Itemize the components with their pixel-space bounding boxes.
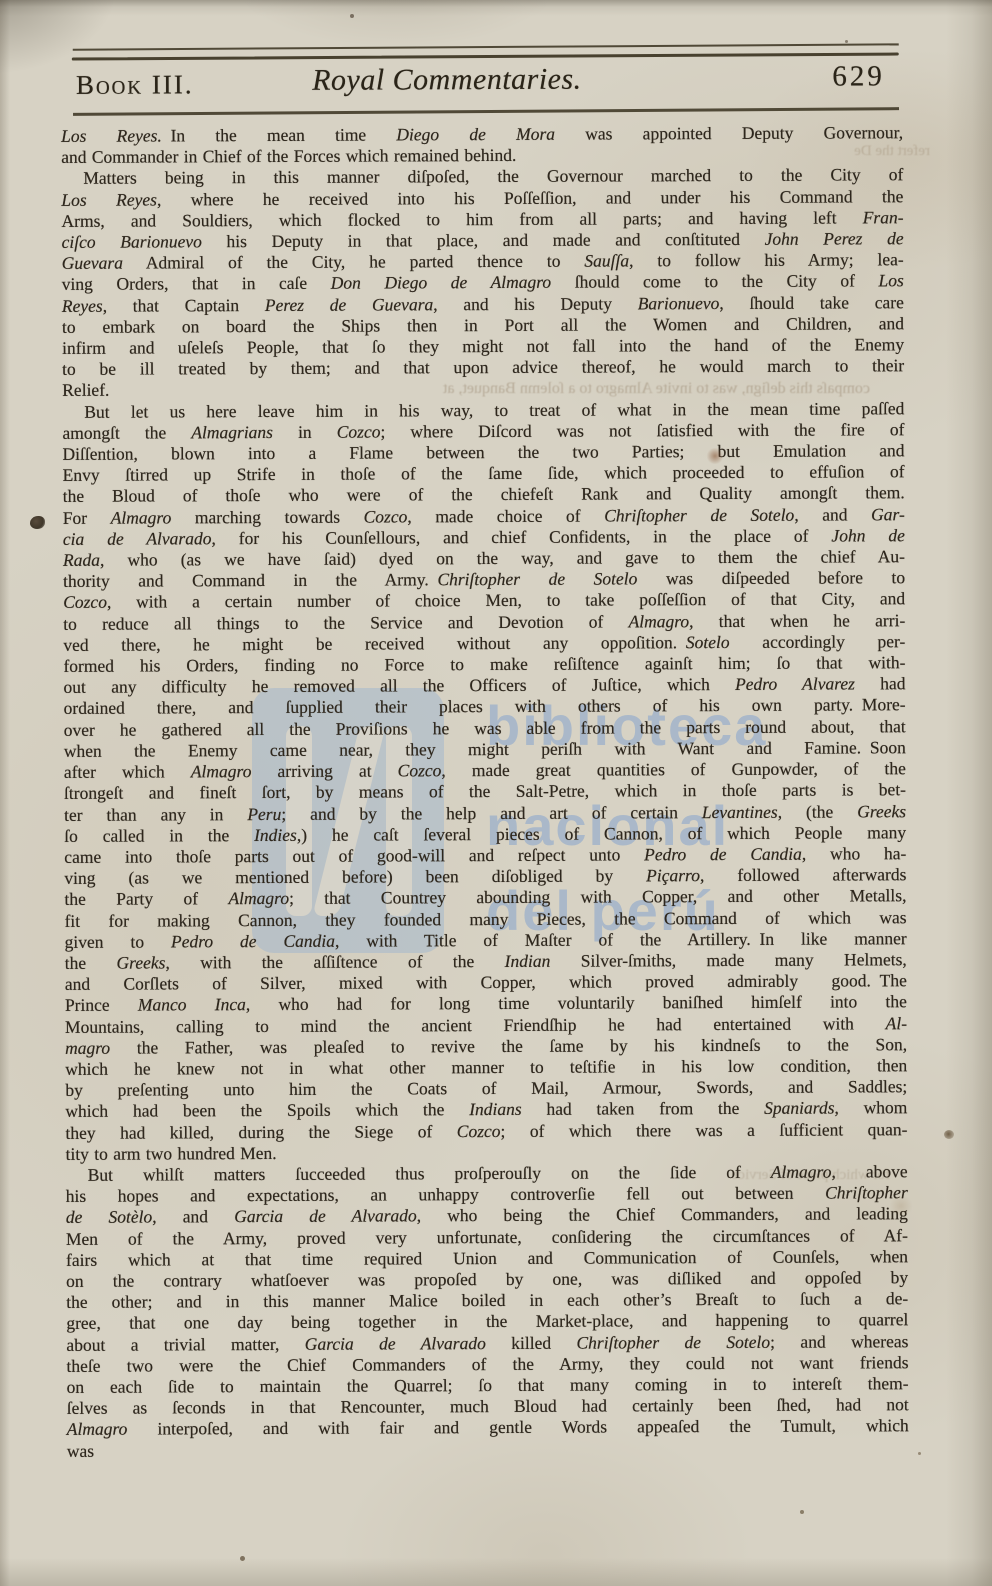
header-rule-bottom <box>73 107 899 115</box>
text-segment: Indian <box>505 951 551 971</box>
catchword: was <box>67 1437 909 1462</box>
paragraph: Los Reyes. In the mean time Diego de Mor… <box>61 122 903 168</box>
text-segment: , who (as we have ſaid) dyed on the way,… <box>100 546 905 570</box>
text-segment: to embark on board the Ships then in Por… <box>62 313 904 337</box>
text-segment: , with the aſſiſtence of the <box>165 951 504 972</box>
text-segment: Envy ſtirred up Strife in thoſe of the ſ… <box>63 461 905 485</box>
text-segment: the Father, was pleaſed to revive the ſa… <box>110 1034 907 1057</box>
text-segment: had <box>855 673 906 693</box>
text-segment: , followed afterwards <box>700 864 907 885</box>
text-line: to be ill treated by them; and that upon… <box>62 355 904 380</box>
text-segment: , and <box>152 1207 234 1227</box>
text-segment: thority and Command in the Army. <box>63 570 437 592</box>
text-segment: Rada <box>63 550 100 570</box>
text-segment: ving (as we mentioned before) been diſob… <box>64 865 646 888</box>
text-segment: to reduce all things to the Service and … <box>63 611 628 633</box>
text-segment: Los <box>878 271 903 291</box>
header-rule-top-outer <box>73 43 899 50</box>
text-segment: in <box>273 422 337 442</box>
text-segment: Chriſtopher de Sotelo <box>576 1331 770 1352</box>
text-segment: accordingly per- <box>730 631 906 652</box>
text-segment: about a trivial matter, <box>66 1333 304 1354</box>
text-segment: , made choice of <box>407 505 604 526</box>
text-segment: Fran- <box>863 207 904 227</box>
text-segment: out any difficulty he removed all the Of… <box>63 674 735 697</box>
header-rule-top-inner <box>72 53 899 61</box>
text-segment: , that Captain <box>103 295 265 316</box>
text-segment: Cozco <box>457 1121 501 1141</box>
text-segment: Almagro <box>629 611 690 631</box>
text-segment: amongſt the <box>62 422 191 443</box>
text-segment: Al- <box>886 1013 907 1033</box>
text-block: Los Reyes. In the mean time Diego de Mor… <box>61 122 909 1461</box>
text-segment: infirm and uſeleſs People, that ſo they … <box>62 334 904 358</box>
text-segment: Pedro Alvarez <box>735 674 855 695</box>
text-segment: gree, that one day being together in the… <box>66 1310 908 1334</box>
book-page: biblioteca nacional del perú compaſs thi… <box>0 0 992 1586</box>
text-segment: , who had for long time voluntarily bani… <box>246 992 907 1015</box>
text-segment: de Sotèlo <box>66 1207 152 1227</box>
text-segment: Sotelo <box>686 632 730 652</box>
text-segment: and Corſlets of Silver, mixed with Coppe… <box>65 970 907 994</box>
text-segment: ter than any in <box>64 804 247 825</box>
text-segment: ; where Diſcord was not ſatisfied with t… <box>380 419 904 441</box>
text-segment: was appointed Deputy Governour, <box>555 122 903 144</box>
text-segment: cia de Alvarado <box>63 528 212 549</box>
text-segment: John de <box>831 525 905 545</box>
running-head: Book III. Royal Commentaries. 629 <box>0 0 989 2</box>
text-segment: Los Reyes. <box>61 125 162 145</box>
text-segment: to be ill treated by them; and that upon… <box>62 355 904 379</box>
text-segment: Almagro <box>191 761 252 781</box>
text-segment: Cozco <box>364 506 408 526</box>
text-segment: Indians <box>469 1099 522 1119</box>
text-segment: Arms, and Souldiers, which flocked to hi… <box>61 207 862 230</box>
text-segment: fairs which at that time required Union … <box>66 1246 908 1270</box>
text-segment: Indies <box>254 825 297 845</box>
text-segment: which had been the Spoils which the <box>65 1099 469 1121</box>
text-segment: Almagro <box>228 888 289 908</box>
text-segment: Matters being in this manner diſpoſed, t… <box>83 165 903 189</box>
text-segment: ved there, he might be received without … <box>63 632 686 655</box>
text-segment: Levantines <box>702 801 778 821</box>
text-segment: Perez de Guevara <box>265 294 433 315</box>
paragraph: But whilſt matters ſucceeded thus proſpe… <box>66 1161 909 1440</box>
text-segment: on the contrary whatſoever was propoſed … <box>66 1267 908 1291</box>
text-line: Almagro interpoſed, and with fair and ge… <box>67 1416 909 1441</box>
text-segment: ſo called in the <box>64 825 254 846</box>
text-segment: was diſpeeded before to <box>637 567 905 588</box>
text-segment: , above <box>831 1161 907 1181</box>
text-segment: when the Enemy came near, they might per… <box>64 737 906 761</box>
text-segment: , and his Deputy <box>433 293 638 314</box>
text-segment: , made great quantities of Gunpowder, of… <box>441 758 906 780</box>
text-segment: ving Orders, that in caſe <box>62 273 331 294</box>
text-segment: given to <box>65 931 171 951</box>
paragraph: Matters being in this manner diſpoſed, t… <box>61 165 904 402</box>
text-segment: the Party of <box>64 888 228 909</box>
text-segment: , and <box>794 504 871 524</box>
text-segment: Barionuevo <box>638 293 720 313</box>
text-segment: , that when he arri- <box>689 610 905 631</box>
text-segment: ; that Countrey abounding with Copper, a… <box>289 886 906 909</box>
text-segment: Reyes <box>62 295 103 315</box>
text-segment: Spaniards <box>764 1098 834 1118</box>
page-title: Royal Commentaries. <box>237 62 657 98</box>
text-segment: Greeks <box>857 801 906 821</box>
text-line: they had killed, during the Siege of Coz… <box>65 1119 907 1144</box>
text-segment: after which <box>64 761 191 782</box>
text-segment: ,) he caſt ſeveral pieces of Cannon, of … <box>297 822 906 845</box>
text-segment: For <box>63 507 111 527</box>
text-segment: Almagro <box>111 507 172 527</box>
text-segment: Almagro <box>67 1419 128 1439</box>
text-segment: magro <box>65 1037 110 1057</box>
text-segment: tity to arm two hundred Men. <box>66 1143 277 1164</box>
text-segment: Chriſtopher <box>825 1182 908 1202</box>
text-segment: fit for making Cannon, they founded many… <box>65 907 907 931</box>
text-segment: ſelves as ſeconds in that Rencounter, mu… <box>67 1394 909 1418</box>
text-segment: his Deputy in that place, and made and c… <box>202 229 765 251</box>
text-segment: John Perez de <box>765 228 904 249</box>
text-segment: theſe two were the Chief Commanders of t… <box>66 1352 908 1376</box>
text-segment: Men of the Army, proved very unfortunate… <box>66 1225 908 1249</box>
text-segment: , where he received into his Poſſeſſion,… <box>157 186 904 209</box>
text-segment: Mountains, calling to mind the ancient F… <box>65 1013 886 1037</box>
text-segment: Diſſention, blown into a Flame between t… <box>62 440 904 464</box>
text-segment: Diego de Mora <box>396 124 555 145</box>
text-segment: Cozco <box>398 760 442 780</box>
text-segment: the <box>65 953 117 973</box>
page-number: 629 <box>797 60 885 93</box>
text-segment: , (the <box>778 801 858 821</box>
text-segment: the other; and in this manner Malice boi… <box>66 1288 908 1312</box>
text-segment: the Bloud of thoſe who were of the chief… <box>63 483 905 507</box>
text-segment: his hopes and expectations, an unhappy c… <box>66 1183 825 1206</box>
text-segment: , ſhould take care <box>719 292 904 313</box>
text-segment: Admiral of the City, he parted thence to <box>123 251 585 273</box>
text-segment: Gar- <box>871 504 905 524</box>
text-segment: Prince <box>65 995 138 1015</box>
text-segment: , for his Counſellours, and chief Confid… <box>211 525 831 548</box>
text-line: Los Reyes. In the mean time Diego de Mor… <box>61 122 903 147</box>
text-segment: , with Title of Maſter of the Artillery.… <box>335 928 907 950</box>
text-segment: , whom <box>834 1098 907 1118</box>
text-segment: killed <box>486 1332 577 1352</box>
text-segment: which he knew not in what other manner t… <box>65 1055 907 1079</box>
text-segment: ſhould come to the City of <box>551 271 878 292</box>
text-segment: Sauſſa <box>584 251 629 271</box>
text-segment: , who being the Chief Commanders, and le… <box>417 1204 908 1226</box>
text-segment: Garcia de Alvarado <box>305 1333 486 1354</box>
text-segment: Almagrians <box>191 422 273 442</box>
text-segment: Pedro de Candia <box>644 844 802 865</box>
text-segment: , to follow his Army; lea- <box>629 249 904 270</box>
text-segment: But whilſt matters ſucceeded thus proſpe… <box>88 1162 771 1185</box>
text-segment: ordained there, and ſupplied their place… <box>64 695 906 719</box>
paragraph: But let us here leave him in his way, to… <box>62 398 907 1165</box>
text-segment: ; and whereas <box>770 1331 908 1352</box>
text-segment: ; of which there was a ſufficient quan- <box>500 1119 907 1141</box>
text-segment: In the mean time <box>162 124 397 145</box>
text-segment: Cozco <box>337 421 381 441</box>
text-segment: arriving at <box>251 761 397 782</box>
text-segment: Greeks <box>116 952 165 972</box>
text-segment: they had killed, during the Siege of <box>65 1121 456 1143</box>
text-segment: marching towards <box>171 506 363 527</box>
text-segment: Chriſtopher de Sotelo <box>437 569 637 590</box>
text-segment: over he gathered all the Proviſions he w… <box>64 716 906 740</box>
text-segment: ſtrongeſt and fineſt ſort, by means of t… <box>64 780 906 804</box>
text-segment: Peru <box>247 803 281 823</box>
text-segment: on each ſide to maintain the Quarrel; ſo… <box>67 1373 909 1397</box>
text-segment: came into thoſe parts out of good-will a… <box>64 844 644 867</box>
text-segment: formed his Orders, finding no Force to m… <box>63 652 905 676</box>
text-segment: by preſenting unto him the Coats of Mail… <box>65 1076 907 1100</box>
text-segment: Guevara <box>62 253 123 273</box>
text-segment: Los Reyes <box>61 189 157 209</box>
text-segment: Manco Inca <box>138 994 246 1014</box>
text-segment: Relief. <box>62 380 109 400</box>
text-segment: ; and by the help and art of certain <box>281 802 702 824</box>
book-label: Book III. <box>76 69 194 101</box>
printed-sheet: Book III. Royal Commentaries. 629 Los Re… <box>0 0 992 1586</box>
text-segment: had taken from the <box>522 1098 765 1119</box>
text-segment: Piçarro <box>646 865 700 885</box>
text-segment: Pedro de Candia <box>171 930 335 951</box>
text-segment: Garcia de Alvarado <box>234 1206 417 1227</box>
text-segment: and Commander in Chief of the Forces whi… <box>61 145 516 167</box>
text-segment: Almagro <box>771 1161 832 1181</box>
text-segment: , with a certain number of choice Men, t… <box>107 589 905 612</box>
text-segment: Don Diego de Almagro <box>331 272 552 293</box>
text-segment: interpoſed, and with fair and gentle Wor… <box>127 1416 908 1439</box>
text-segment: But let us here leave him in his way, to… <box>84 398 904 422</box>
text-segment: Silver-ſmiths, made many Helmets, <box>550 949 906 971</box>
text-segment: ciſco Barionuevo <box>62 231 202 252</box>
text-segment: Cozco <box>63 592 107 612</box>
text-segment: , who ha- <box>802 843 907 863</box>
text-segment: Chriſtopher de Sotelo <box>604 504 794 525</box>
